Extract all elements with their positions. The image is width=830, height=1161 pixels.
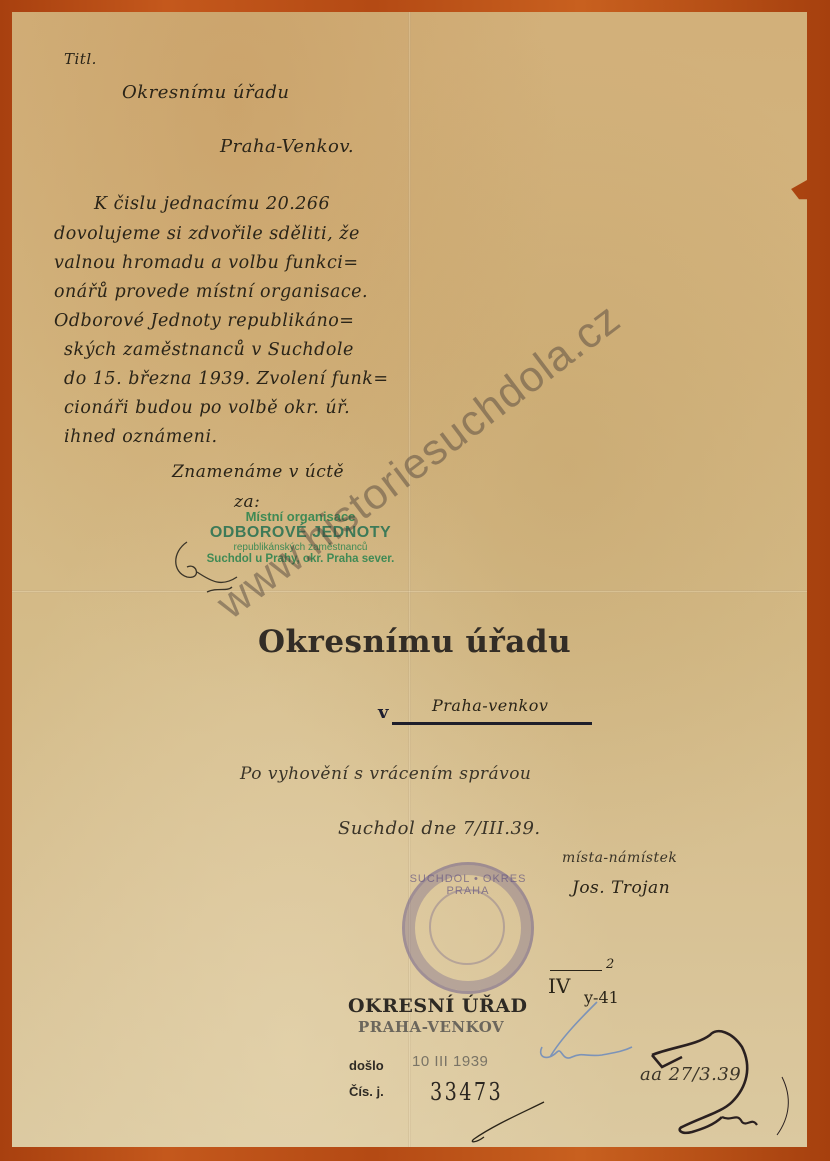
letter-line-1: K čislu jednacímu 20.266 (94, 194, 330, 214)
number-label-row: Čís. j. (349, 1083, 384, 1101)
number-label: Čís. j. (349, 1084, 384, 1099)
letter-line-6: ských zaměstnanců v Suchdole (64, 340, 354, 360)
fold-line-vertical (408, 12, 411, 1147)
forwarding-heading: Okresnímu úřadu (258, 624, 571, 660)
forwarding-underline (392, 722, 592, 725)
letter-line-7: do 15. března 1939. Zvolení funk= (64, 369, 389, 389)
received-label: došlo (349, 1058, 384, 1073)
round-seal: SUCHDOL • OKRES PRAHA (402, 862, 534, 994)
date-note: aa 27/3.39 (640, 1064, 741, 1085)
receipt-stamp: OKRESNÍ ÚŘAD PRAHA-VENKOV (348, 995, 528, 1036)
forwarding-note: Po vyhovění s vrácením správou (240, 764, 531, 784)
receipt-stamp-title: OKRESNÍ ÚŘAD (348, 995, 528, 1017)
letter-line-8: cionáři budou po volbě okr. úř. (64, 398, 350, 418)
letter-line-2: dovolujeme si zdvořile sděliti, že (54, 224, 360, 244)
letter-line-9: ihned oznámeni. (64, 427, 218, 447)
forwarding-place: Praha-venkov (432, 696, 548, 715)
letter-line-4: onářů provede místní organisace. (54, 282, 368, 302)
letter-line-3: valnou hromadu a volbu funkci= (54, 253, 359, 273)
round-seal-inner (429, 889, 505, 965)
letter-line-5: Odborové Jednoty republikáno= (54, 311, 354, 331)
addressee-line-1: Okresnímu úřadu (122, 82, 289, 103)
signature-title: místa-námístek (562, 850, 677, 866)
salutation: Titl. (64, 50, 97, 68)
receipt-signature-swoosh-icon (464, 1097, 554, 1147)
registry-mark-top: 2 (606, 957, 614, 972)
forwarding-v-label: v (378, 702, 388, 723)
received-label-row: došlo (349, 1057, 384, 1075)
signature-name: Jos. Trojan (572, 878, 670, 898)
fold-line-horizontal (12, 590, 807, 593)
registry-mark-roman: IV (548, 974, 570, 998)
round-seal-text: SUCHDOL • OKRES PRAHA (405, 873, 531, 897)
registry-mark-rule (550, 970, 602, 971)
receipt-stamp-subtitle: PRAHA-VENKOV (358, 1018, 528, 1036)
blue-initials-icon (522, 997, 642, 1087)
received-date: 10 III 1939 (412, 1053, 488, 1070)
addressee-line-2: Praha-Venkov. (220, 136, 354, 157)
document-page: Titl. Okresnímu úřadu Praha-Venkov. K či… (12, 12, 807, 1147)
forwarding-place-date: Suchdol dne 7/III.39. (338, 818, 541, 839)
closing-line-1: Znamenáme v úctě (172, 462, 344, 482)
